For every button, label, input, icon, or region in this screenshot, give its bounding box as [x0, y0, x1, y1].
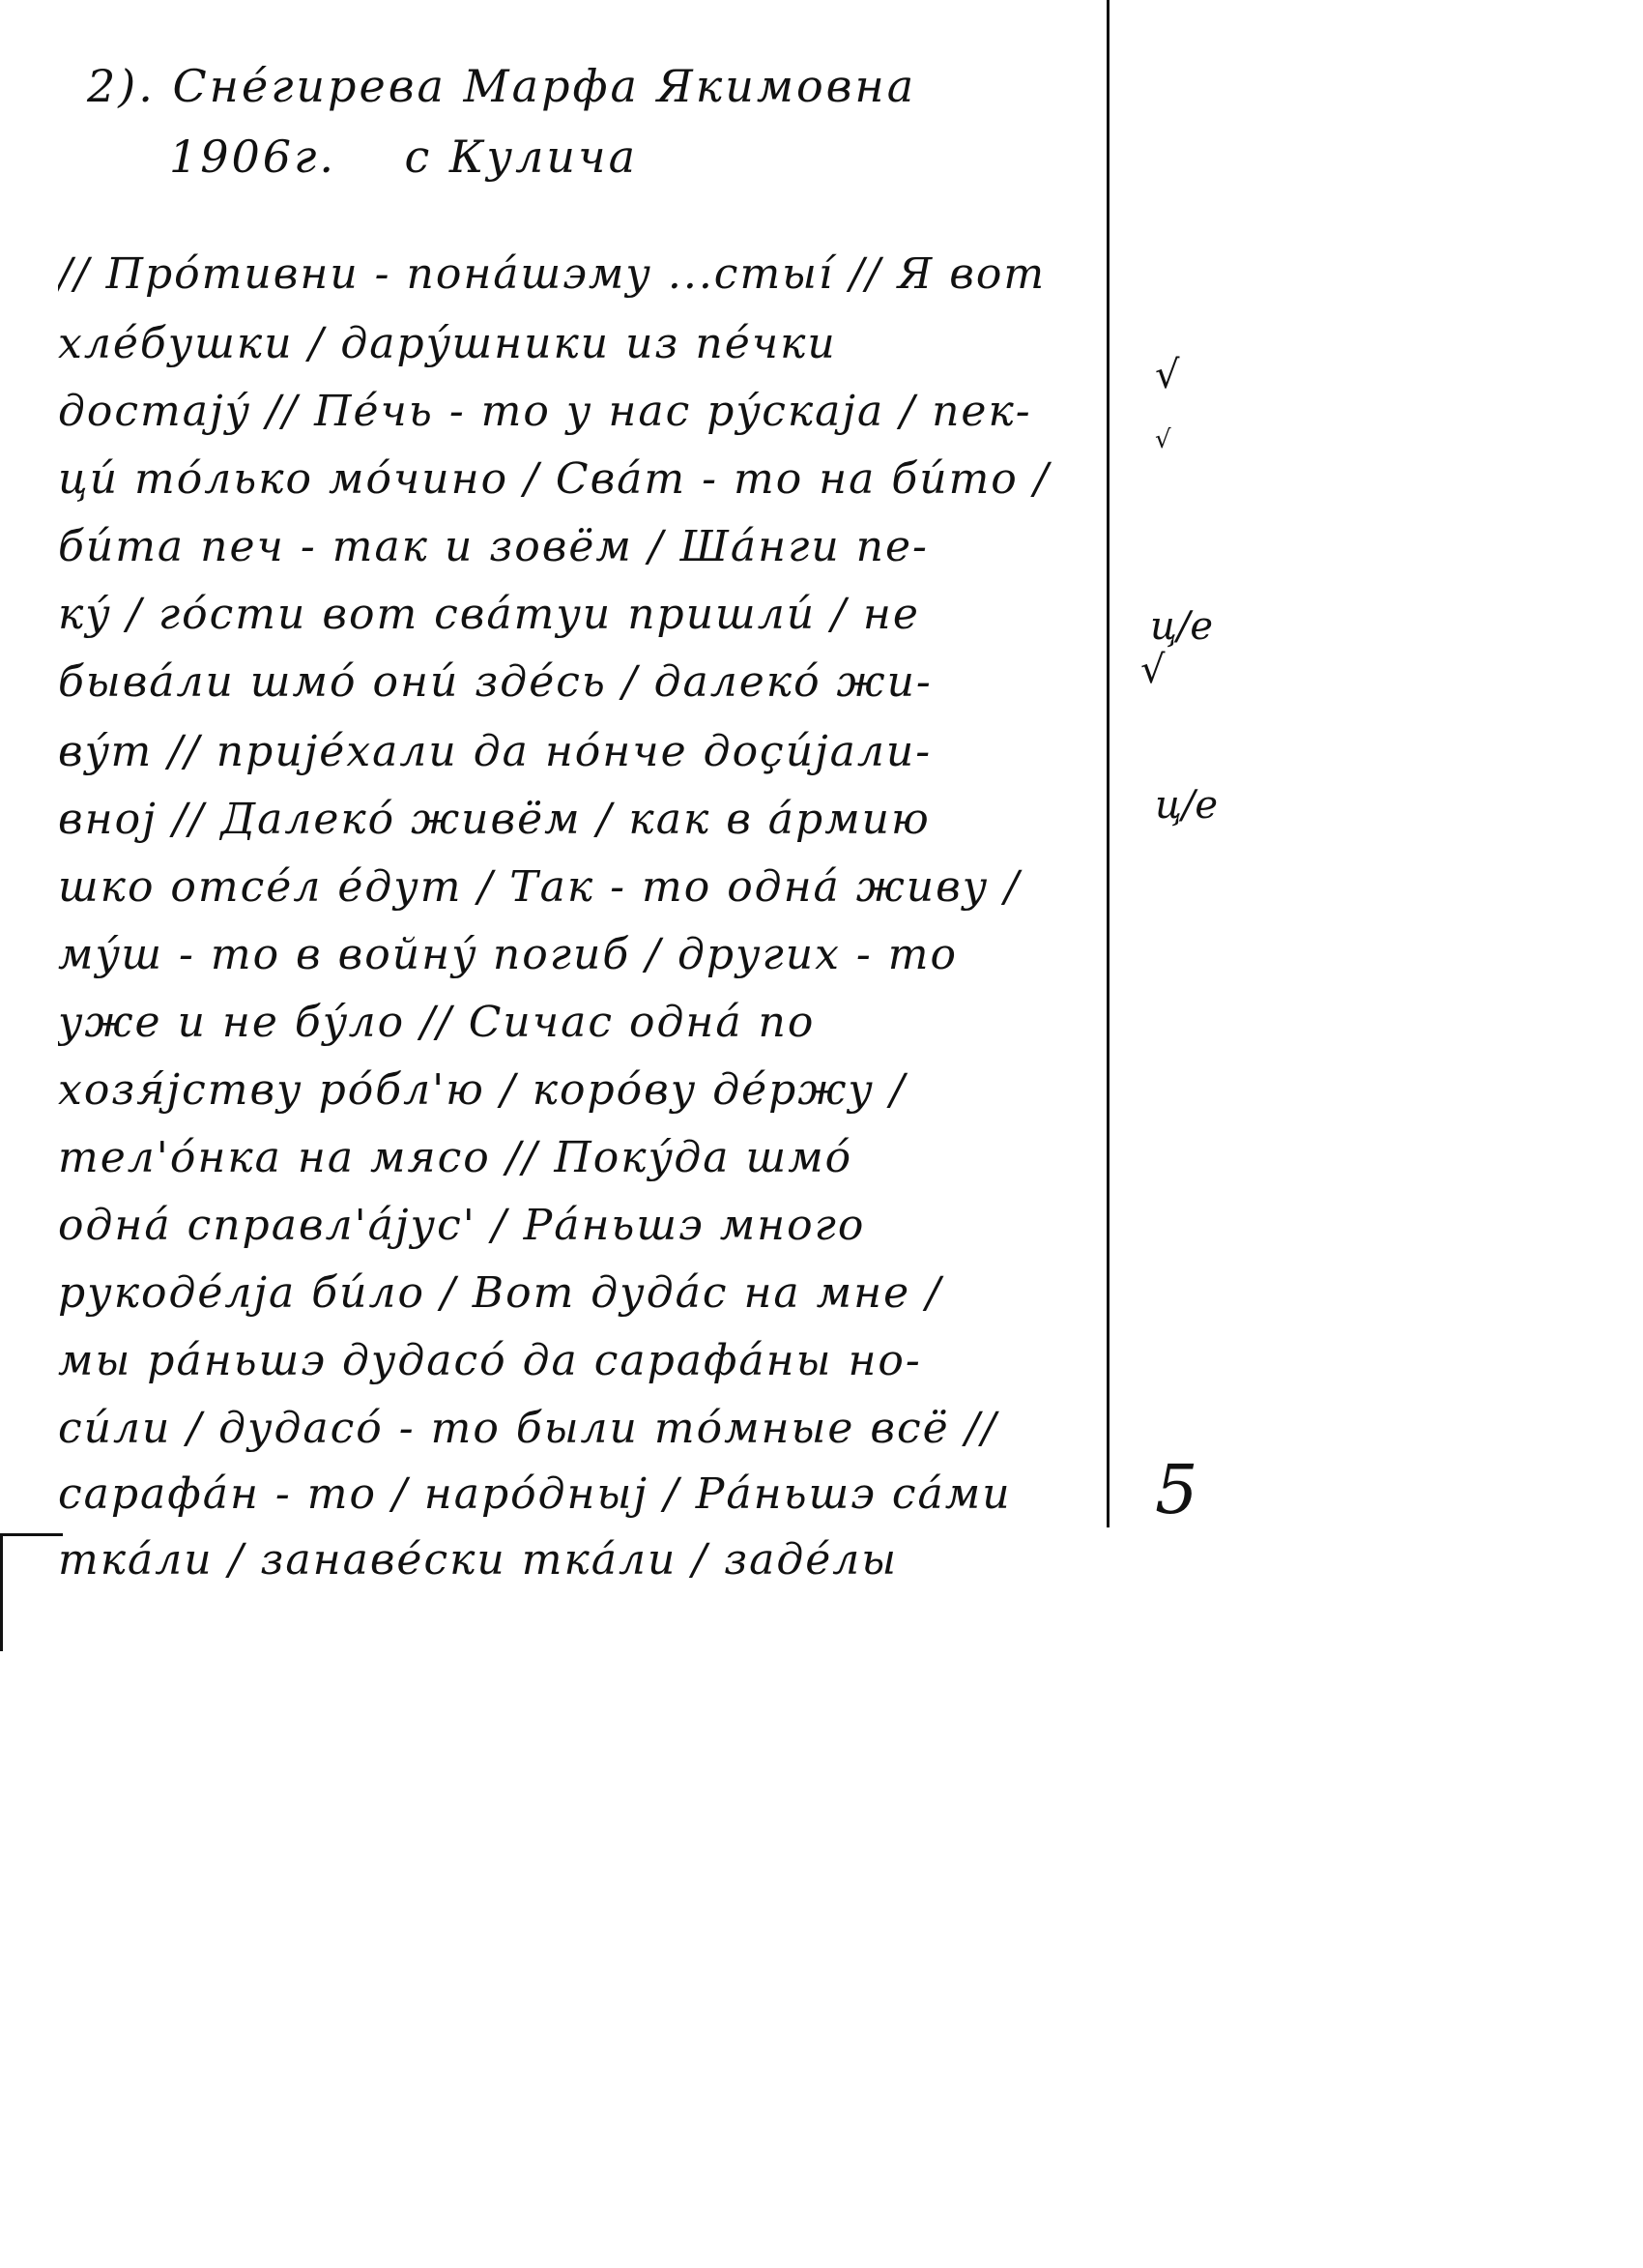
birth-year: 1906г.	[169, 131, 336, 183]
text-line: уже и не бýло // Сичас однá по	[58, 998, 1107, 1047]
margin-rule	[1107, 0, 1110, 1527]
checkmark-icon: √	[1140, 648, 1166, 692]
text-line: рукодéлја бúло / Вот дудáс на мне /	[58, 1268, 1107, 1318]
entry-number: 2).	[87, 60, 156, 112]
text-line: бывáли шмó онú здéсь / далекó жи-	[58, 657, 1107, 707]
bracket-mark	[0, 1533, 63, 1536]
text-line: ткáли / занавéски ткáли / задéлы	[58, 1535, 1107, 1585]
text-line: хозя́jству рóбл'ю / корóву дéржу /	[58, 1065, 1107, 1115]
checkmark-icon: √	[1155, 353, 1180, 397]
text-line: мýш - то в войнý погиб / других - то	[58, 930, 1107, 979]
text-line: кý / гóсти вот свáтуи пришлú / не	[58, 590, 1107, 639]
text-line: вýт // приjéхали да нóнче доçújали-	[58, 727, 1107, 776]
document-page: 2). Снéгирева Марфа Якимовна 1906г. с Ку…	[0, 0, 1643, 2268]
bracket-mark	[0, 1535, 3, 1651]
speaker-name-line: 2). Снéгирева Марфа Якимовна	[87, 60, 916, 112]
page-number: 5	[1155, 1450, 1198, 1529]
text-line: мы рáньшэ дудасó да сарафáны но-	[58, 1336, 1107, 1385]
speaker-info-line: 1906г. с Кулича	[169, 131, 638, 183]
text-line: тел'óнка на мясо // Покýда шмó	[58, 1133, 1107, 1182]
text-line: хлéбушки / дарýшники из пéчки	[58, 319, 1107, 368]
margin-note: ц/е	[1150, 604, 1213, 649]
checkmark-icon: √	[1155, 425, 1171, 454]
text-line: достаjý // Пéчь - то у нас рýскаја / пек…	[58, 387, 1107, 436]
text-line: шко отсéл éдут / Так - то однá живу /	[58, 862, 1107, 912]
text-line: // Прóтивни - понáшэму ...стыí // Я вот	[58, 249, 1107, 299]
margin-note: ц/е	[1155, 783, 1218, 828]
text-line: вноj // Далекó живём / как в áрмию	[58, 795, 1107, 844]
text-line: цú тóлько мóчино / Свáт - то на бúто /	[58, 454, 1107, 504]
text-line: однá справл'ájус' / Рáньшэ много	[58, 1201, 1107, 1250]
village: с Кулича	[404, 131, 638, 183]
text-line: сúли / дудасó - то были тóмные всё //	[58, 1404, 1107, 1453]
text-line: сарафáн - то / нарóдныj / Рáньшэ сáми	[58, 1469, 1107, 1519]
text-line: бúта печ - так и зовём / Шáнги пе-	[58, 522, 1107, 571]
speaker-name: Снéгирева Марфа Якимовна	[172, 60, 916, 112]
